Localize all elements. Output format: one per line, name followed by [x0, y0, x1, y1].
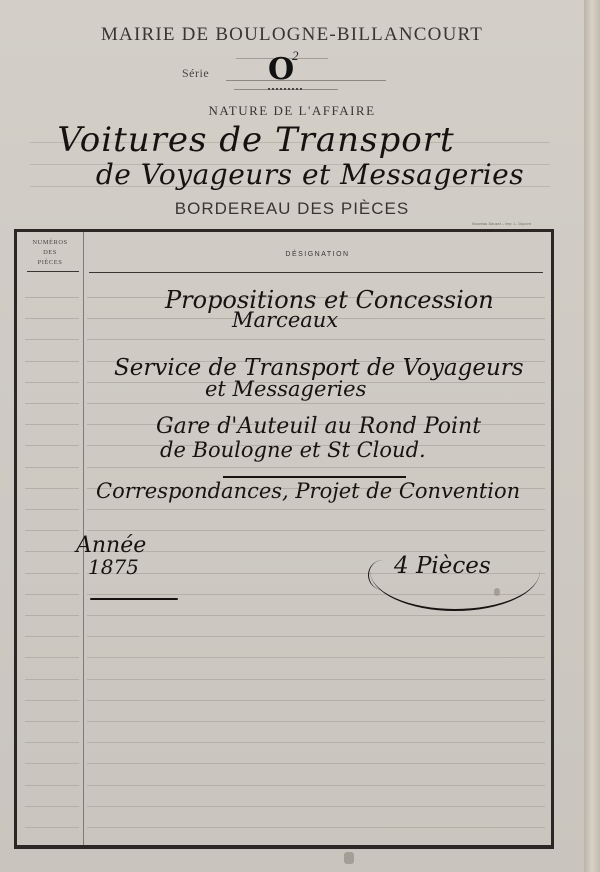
header-underline-left — [27, 271, 79, 272]
ruled-line — [25, 785, 79, 786]
designation-header: DÉSIGNATION — [84, 251, 551, 258]
ruled-line — [25, 318, 79, 319]
bordereau-label: BORDEREAU DES PIÈCES — [0, 199, 584, 219]
ruled-line — [25, 403, 79, 404]
ruled-line — [25, 700, 79, 701]
numeros-header-line: PIÈCES — [17, 258, 83, 268]
ruled-line — [87, 785, 545, 786]
ruled-line — [87, 467, 545, 468]
ruled-line — [25, 445, 79, 446]
affaire-line-1: Voitures de Transport — [0, 120, 548, 160]
ruled-line — [87, 530, 545, 531]
header-underline-right — [89, 272, 543, 273]
ruled-line — [25, 573, 79, 574]
ruled-line — [25, 679, 79, 680]
ruled-line — [25, 509, 79, 510]
ruled-line — [25, 382, 79, 383]
ruled-line — [25, 615, 79, 616]
ruled-line — [25, 551, 79, 552]
numeros-header-line: NUMÉROS — [17, 238, 83, 248]
ornament-divider — [234, 89, 338, 92]
serie-rule — [226, 80, 386, 81]
numeros-header-line: DES — [17, 248, 83, 258]
ruled-line — [25, 742, 79, 743]
entry-1-line-2: Marceaux — [232, 308, 338, 332]
ruled-line — [25, 657, 79, 658]
ruled-line — [87, 763, 545, 764]
mairie-title: MAIRIE DE BOULOGNE-BILLANCOURT — [0, 24, 584, 46]
nature-label: NATURE DE L'AFFAIRE — [0, 103, 584, 119]
ruled-line — [87, 827, 545, 828]
serie-row: Série O 2 — [0, 62, 584, 86]
ink-stain — [344, 852, 354, 864]
ruled-line — [25, 467, 79, 468]
ruled-line — [87, 636, 545, 637]
annee-flourish — [90, 598, 178, 600]
ruled-line — [25, 594, 79, 595]
ruled-line — [87, 700, 545, 701]
section-divider — [223, 476, 406, 478]
ruled-line — [87, 806, 545, 807]
ruled-line — [87, 657, 545, 658]
ruled-line — [87, 403, 545, 404]
ruled-line — [25, 763, 79, 764]
ruled-line — [87, 615, 545, 616]
entry-3-line-2: de Boulogne et St Cloud. — [160, 438, 426, 462]
numeros-header: NUMÉROS DES PIÈCES — [17, 238, 83, 268]
annee-value: 1875 — [88, 555, 139, 579]
page-edge — [584, 0, 600, 872]
ruled-line — [25, 721, 79, 722]
ruled-line — [87, 509, 545, 510]
ruled-line — [87, 339, 545, 340]
entry-3-line-1: Gare d'Auteuil au Rond Point — [156, 414, 481, 439]
ruled-line — [25, 806, 79, 807]
ruled-line — [87, 679, 545, 680]
entry-2-line-2: et Messageries — [205, 377, 366, 401]
ruled-line — [25, 827, 79, 828]
serie-value: O — [268, 52, 294, 87]
ruled-line — [25, 297, 79, 298]
serie-label: Série — [182, 66, 209, 81]
ruled-line — [25, 530, 79, 531]
ruled-line — [87, 721, 545, 722]
ink-stain — [494, 588, 500, 596]
ruled-line — [87, 742, 545, 743]
affaire-line-2: de Voyageurs et Messageries — [18, 158, 600, 191]
ruled-line — [25, 339, 79, 340]
printer-mark: Nouveau Dauzat – imp. L. Dupont — [472, 222, 531, 226]
serie-superscript: 2 — [292, 48, 299, 64]
ruled-line — [25, 361, 79, 362]
ruled-line — [25, 488, 79, 489]
ruled-line — [25, 424, 79, 425]
ruled-line — [25, 636, 79, 637]
entry-4-line-1: Correspondances, Projet de Convention — [96, 479, 520, 503]
